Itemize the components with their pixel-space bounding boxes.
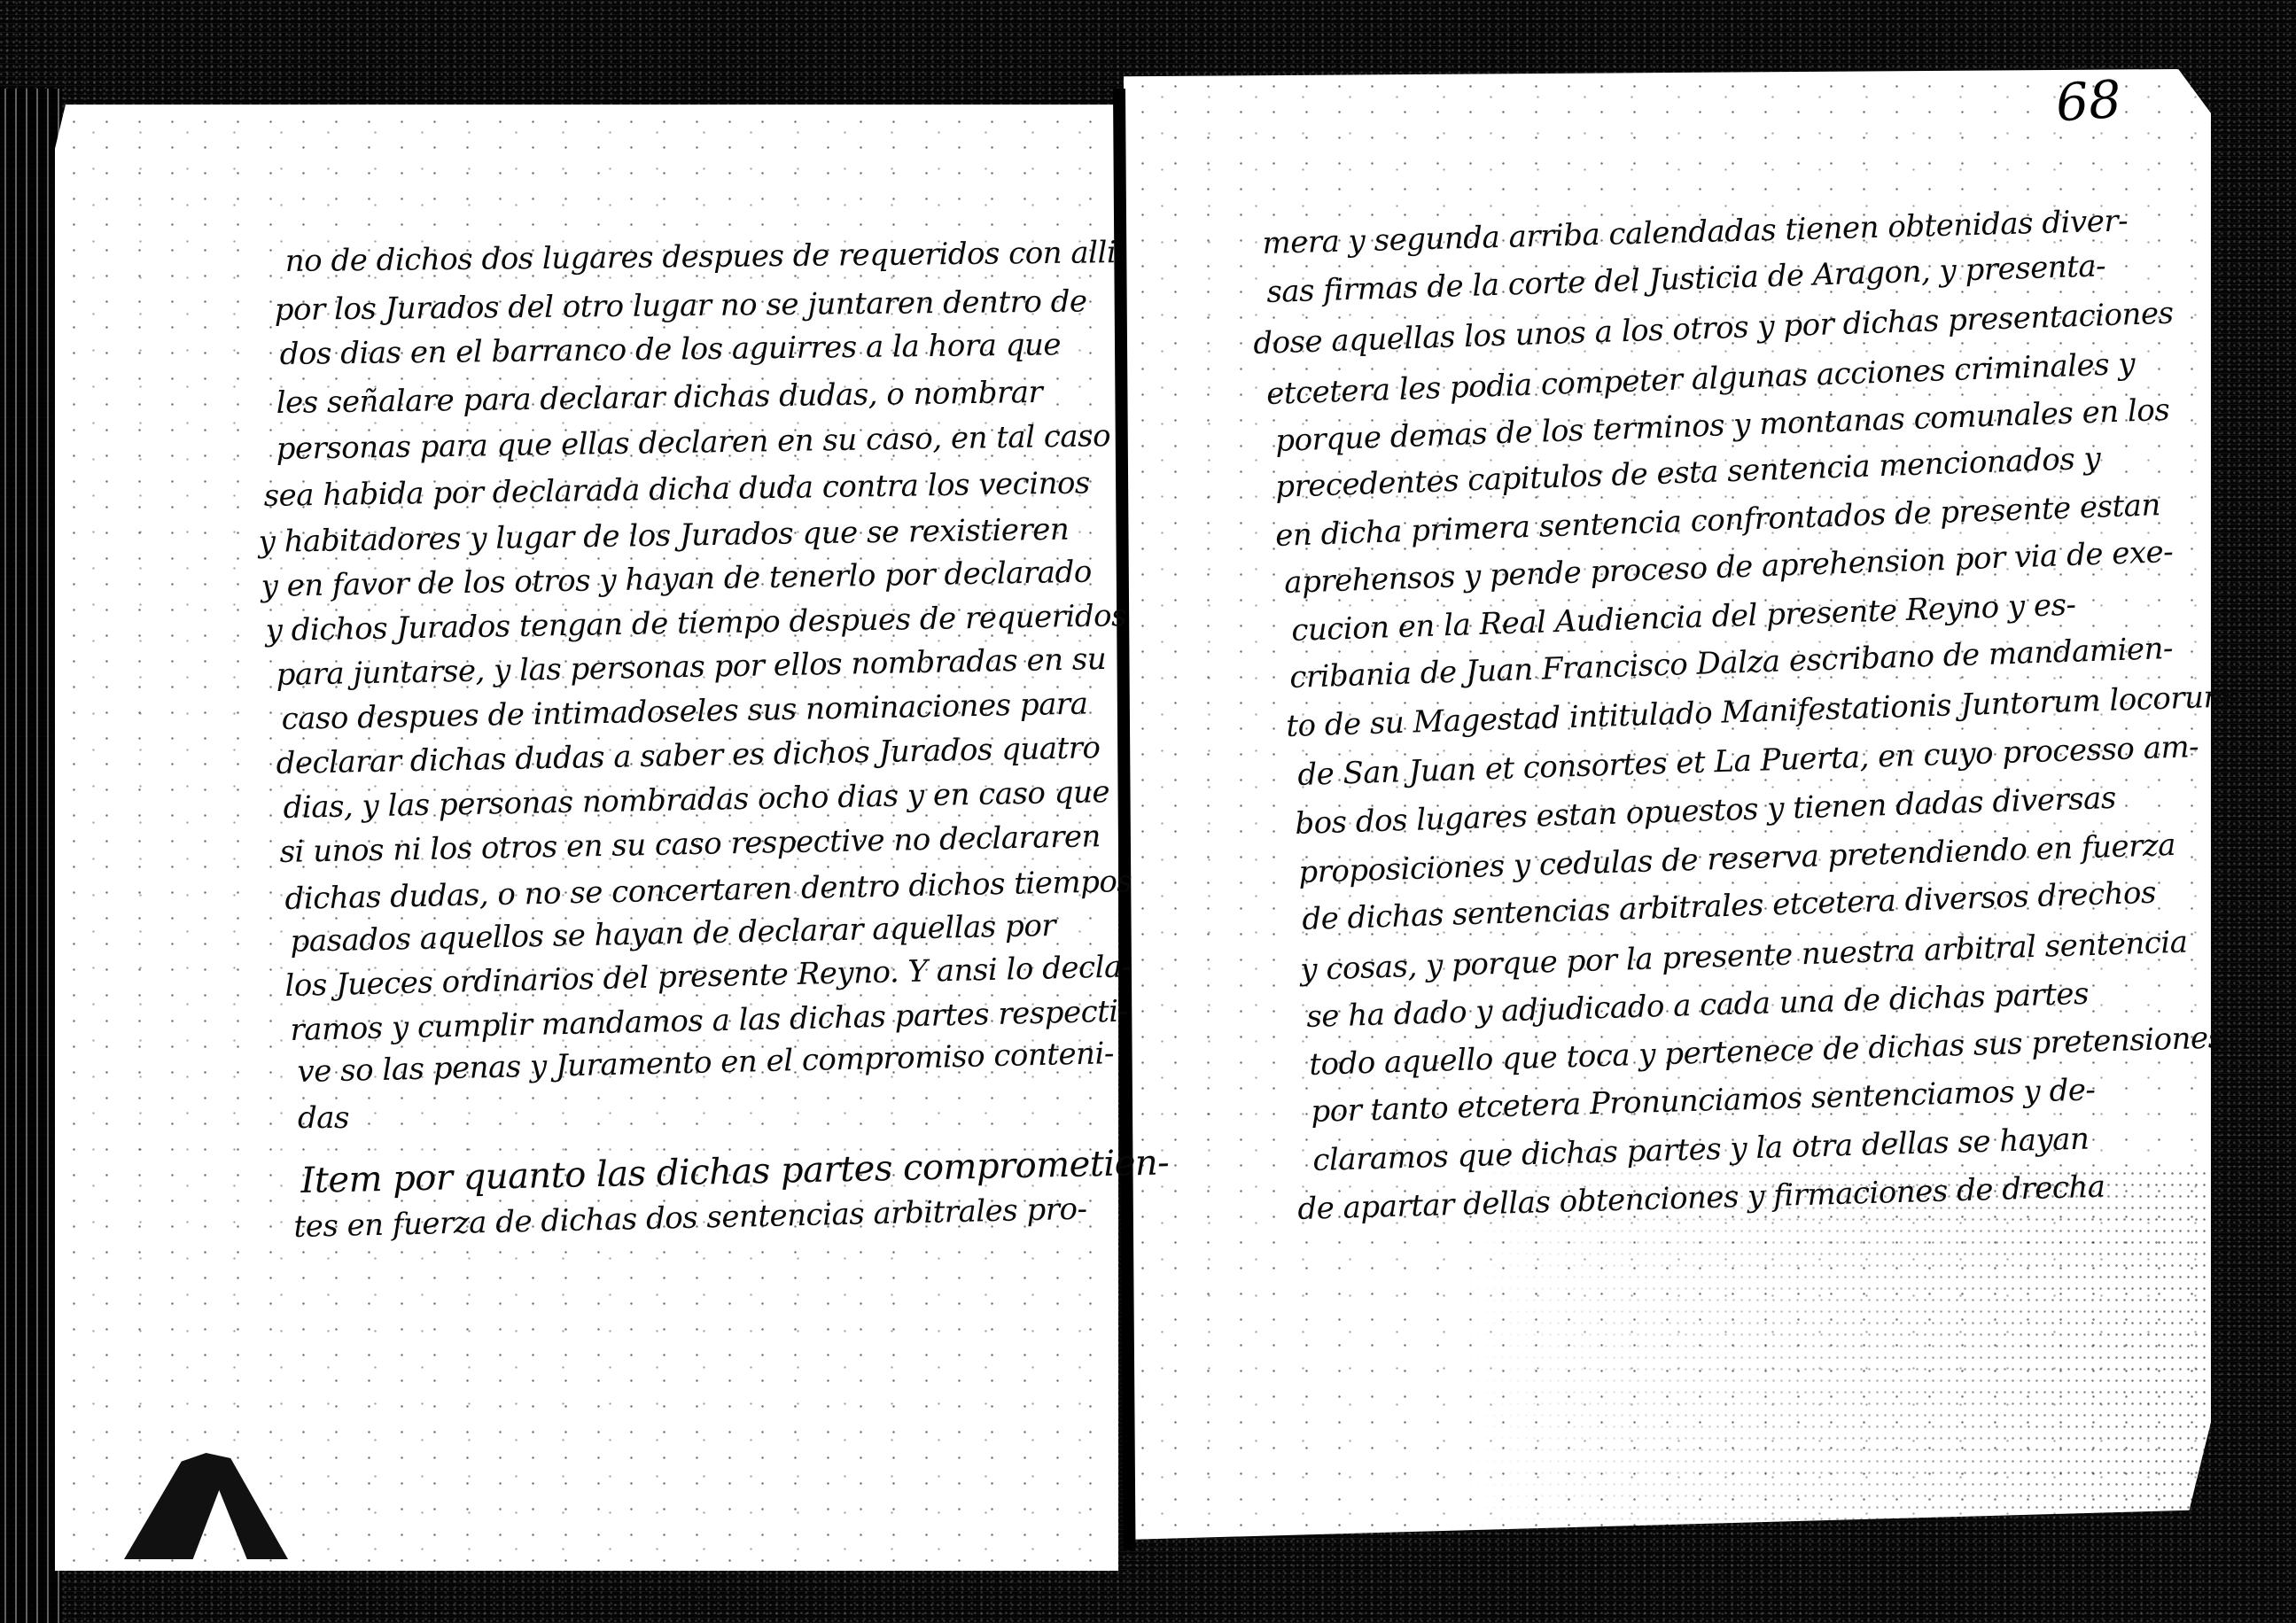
manuscript-line: das — [298, 1100, 349, 1136]
book-cover-edge — [0, 89, 62, 1623]
folio-number: 68 — [2054, 69, 2123, 134]
